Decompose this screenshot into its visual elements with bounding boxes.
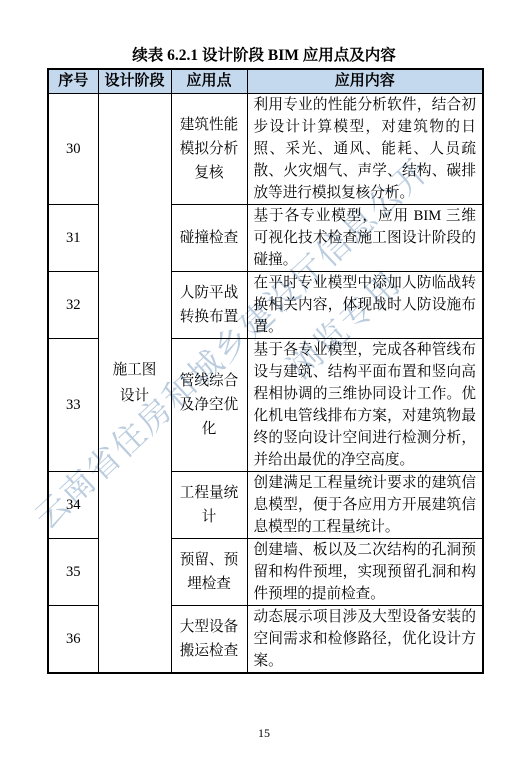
- application-content-cell: 创建满足工程量统计要求的建筑信息模型，便于各应用方开展建筑信息模型的工程量统计。: [247, 472, 483, 539]
- application-point-text: 预留、预埋检查: [179, 548, 239, 596]
- table-header-row: 序号 设计阶段 应用点 应用内容: [48, 69, 483, 94]
- application-content-cell: 动态展示项目涉及大型设备安装的空间需求和检修路径，优化设计方案。: [247, 606, 483, 674]
- application-point-cell: 人防平战转换布置: [171, 272, 247, 339]
- application-point-cell: 建筑性能模拟分析复核: [171, 94, 247, 205]
- application-content-cell: 创建墙、板以及二次结构的孔洞预留和构件预埋，实现预留孔洞和构件预埋的提前检查。: [247, 539, 483, 606]
- application-content-cell: 基于各专业模型，应用 BIM 三维可视化技术检查施工图设计阶段的碰撞。: [247, 205, 483, 272]
- serial-cell: 30: [48, 94, 98, 205]
- application-point-text: 人防平战转换布置: [179, 281, 239, 329]
- application-point-text: 工程量统计: [179, 481, 239, 529]
- serial-cell: 36: [48, 606, 98, 674]
- header-cell-point: 应用点: [171, 69, 247, 94]
- application-point-text: 碰撞检查: [179, 226, 239, 250]
- serial-cell: 34: [48, 472, 98, 539]
- application-content-cell: 在平时专业模型中添加人防临战转换相关内容，体现战时人防设施布置。: [247, 272, 483, 339]
- application-point-cell: 大型设备搬运检查: [171, 606, 247, 674]
- serial-cell: 32: [48, 272, 98, 339]
- header-cell-content: 应用内容: [247, 69, 483, 94]
- header-cell-phase: 设计阶段: [98, 69, 171, 94]
- application-point-text: 管线综合及净空优化: [179, 369, 239, 441]
- application-point-text: 建筑性能模拟分析复核: [179, 113, 239, 185]
- page-number: 15: [0, 726, 528, 741]
- application-content-cell: 利用专业的性能分析软件，结合初步设计计算模型，对建筑物的日照、采光、通风、能耗、…: [247, 94, 483, 205]
- application-content-cell: 基于各专业模型，完成各种管线布设与建筑、结构平面布置和竖向高程相协调的三维协同设…: [247, 339, 483, 472]
- serial-cell: 31: [48, 205, 98, 272]
- application-point-cell: 预留、预埋检查: [171, 539, 247, 606]
- application-point-cell: 碰撞检查: [171, 205, 247, 272]
- serial-cell: 35: [48, 539, 98, 606]
- bim-application-table: 序号 设计阶段 应用点 应用内容 30 施工图设计 建筑性能模拟分析复核 利用专…: [47, 68, 484, 674]
- application-point-cell: 工程量统计: [171, 472, 247, 539]
- page-title: 续表 6.2.1 设计阶段 BIM 应用点及内容: [0, 43, 528, 65]
- application-point-cell: 管线综合及净空优化: [171, 339, 247, 472]
- design-phase-text: 施工图设计: [112, 357, 158, 409]
- header-cell-serial: 序号: [48, 69, 98, 94]
- serial-cell: 33: [48, 339, 98, 472]
- design-phase-cell: 施工图设计: [98, 94, 171, 674]
- application-point-text: 大型设备搬运检查: [179, 615, 239, 663]
- table-row: 30 施工图设计 建筑性能模拟分析复核 利用专业的性能分析软件，结合初步设计计算…: [48, 94, 483, 205]
